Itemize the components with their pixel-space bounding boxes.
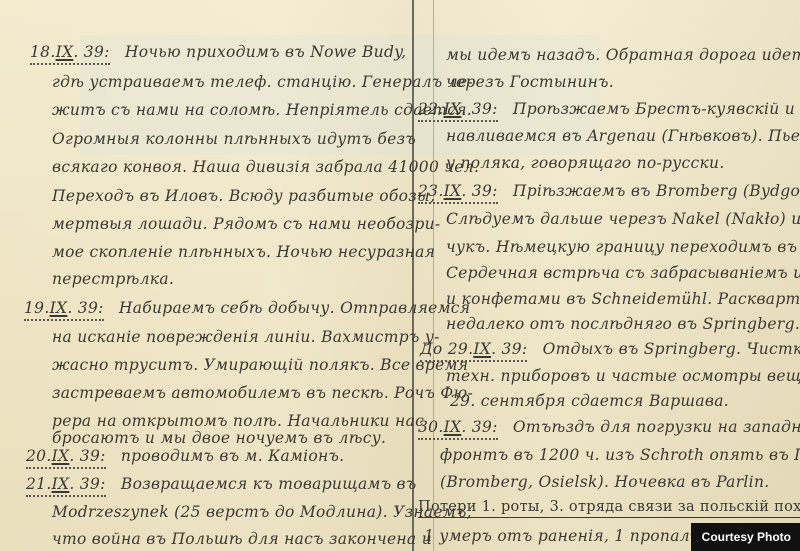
losses-heading: Потери 1. роты, 3. отряда связи за польс… [418,497,800,517]
date-year: . 39: [69,447,105,465]
entry-18-line-9: перестрѣлка. [52,269,174,289]
entry-text: Отдыхъ въ Springberg. Чистка [543,340,800,358]
date-day: 20. [26,447,52,465]
date-day: До 29. [420,340,473,358]
entry-date: 22.IX. 39: [418,99,498,122]
entry-18-line-7: мертвыя лошади. Рядомъ съ нами необозри- [52,214,440,234]
entry-date: 19.IX. 39: [24,298,104,321]
entry-text: Возвращаемся къ товарищамъ въ [121,475,417,493]
entry-22-line-1: 22.IX. 39: Проѣзжаемъ Брестъ-куявскій и … [418,99,800,122]
entry-text: Ночью приходимъ въ Nowe Budy, [125,43,407,61]
date-month: IX [56,43,74,61]
date-day: 19. [24,299,50,317]
entry-date: До 29.IX. 39: [420,339,527,362]
date-year: . 39: [461,182,497,200]
entry-18-line-2: гдѣ устраиваемъ телеф. станцію. Генералъ… [52,72,473,92]
entry-text: проводимъ въ м. Каміонъ. [121,447,345,465]
losses-heading-text: Потери 1. роты, 3. отряда связи за польс… [418,499,800,518]
entry-23-line-5: и конфетами въ Schneidemühl. Расквартиро… [446,289,800,309]
date-day: 23. [418,182,444,200]
entry-18-line-8: мое скопленіе плѣнныхъ. Ночью несуразная [52,242,435,262]
entry-text: Проѣзжаемъ Брестъ-куявскій и оста- [513,100,800,118]
entry-22-line-3: у поляка, говорящаго по-русски. [446,153,725,173]
entry-21-line-2: Modrzeszynek (25 верстъ до Модлина). Узн… [52,502,472,522]
date-day: 18. [30,43,56,61]
date-year: . 39: [69,475,105,493]
date-month: IX [444,418,462,436]
entry-21-line-1: 21.IX. 39: Возвращаемся къ товарищамъ въ [26,474,417,497]
entry-21-line-3: что война въ Польшѣ для насъ закончена и [52,529,432,549]
entry-date: 21.IX. 39: [26,474,106,497]
date-day: 21. [26,475,52,493]
entry-text: Пріѣзжаемъ въ Bromberg (Bydgoszcz). [513,182,800,200]
entry-23-line-3: чукъ. Нѣмецкую границу переходимъ въ 17 … [446,237,800,257]
date-year: . 39: [461,100,497,118]
date-month: IX [473,340,491,358]
date-month: IX [444,182,462,200]
date-day: 30. [418,418,444,436]
entry-18-line-4: Огромныя колонны плѣнныхъ идутъ безъ [52,129,416,149]
entry-19-line-2: на исканіе поврежденія линіи. Вахмистръ … [52,327,440,347]
entry-19-line-3: жасно труситъ. Умирающій полякъ. Все вре… [52,355,468,375]
entry-30-line-1: 30.IX. 39: Отъѣздъ для погрузки на запад… [418,417,800,440]
entry-30-line-2: фронтъ въ 1200 ч. изъ Schroth опять въ П… [440,445,800,465]
entry-23-line-2: Слѣдуемъ дальше черезъ Nakel (Nakło) и Н… [446,209,800,229]
entry-18-line-6: Переходъ въ Иловъ. Всюду разбитые обозы, [52,186,435,206]
courtesy-photo-badge: Courtesy Photo [691,523,800,551]
entry-20-line-1: 20.IX. 39: проводимъ въ м. Каміонъ. [26,446,344,469]
entry-30-line-3: (Bromberg, Osielsk). Ночевка въ Parlin. [440,472,769,492]
entry-19-line-6: бросаютъ и мы двое ночуемъ въ лѣсу. [52,428,386,448]
entry-text: Отъѣздъ для погрузки на западный [513,418,800,436]
entry-29-line-3: 29. сентября сдается Варшава. [450,391,729,411]
entry-date: 18.IX. 39: [30,42,110,65]
date-month: IX [444,100,462,118]
date-month: IX [52,475,70,493]
entry-23-line-4: Сердечная встрѣча съ забрасываніемъ цвѣт… [446,263,800,283]
entry-date: 30.IX. 39: [418,417,498,440]
date-month: IX [50,299,68,317]
entry-18-line-5: всякаго конвоя. Наша дивизія забрала 410… [52,157,479,177]
continuation-line-2: черезъ Гостынинъ. [446,72,614,92]
continuation-line-1: мы идемъ назадъ. Обратная дорога идетъ [446,45,800,65]
date-year: . 39: [67,299,103,317]
entry-19-line-1: 19.IX. 39: Набираемъ себѣ добычу. Отправ… [24,298,470,321]
date-year: . 39: [461,418,497,436]
entry-18-line-3: житъ съ нами на соломѣ. Непріятель сдает… [52,100,472,120]
entry-29-line-1: До 29.IX. 39: Отдыхъ въ Springberg. Чист… [420,339,800,362]
entry-date: 20.IX. 39: [26,446,106,469]
entry-23-line-6: недалеко отъ послѣдняго въ Springberg. [446,314,800,334]
date-day: 22. [418,100,444,118]
entry-22-line-2: навливаемся въ Argenau (Гнѣвковъ). Пьемъ… [446,126,800,146]
entry-18-line-1: 18.IX. 39: Ночью приходимъ въ Nowe Budy, [30,42,406,65]
entry-29-line-2: техн. приборовъ и частые осмотры вещей. [446,366,800,386]
entry-19-line-4: застреваемъ автомобилемъ въ пескѣ. Рочъ … [52,383,473,403]
diary-page-spread: 18.IX. 39: Ночью приходимъ въ Nowe Budy,… [0,0,800,551]
entry-date: 23.IX. 39: [418,181,498,204]
date-year: . 39: [491,340,527,358]
entry-23-line-1: 23.IX. 39: Пріѣзжаемъ въ Bromberg (Bydgo… [418,181,800,204]
date-year: . 39: [73,43,109,61]
date-month: IX [52,447,70,465]
entry-text: Набираемъ себѣ добычу. Отправляемся [119,299,470,317]
